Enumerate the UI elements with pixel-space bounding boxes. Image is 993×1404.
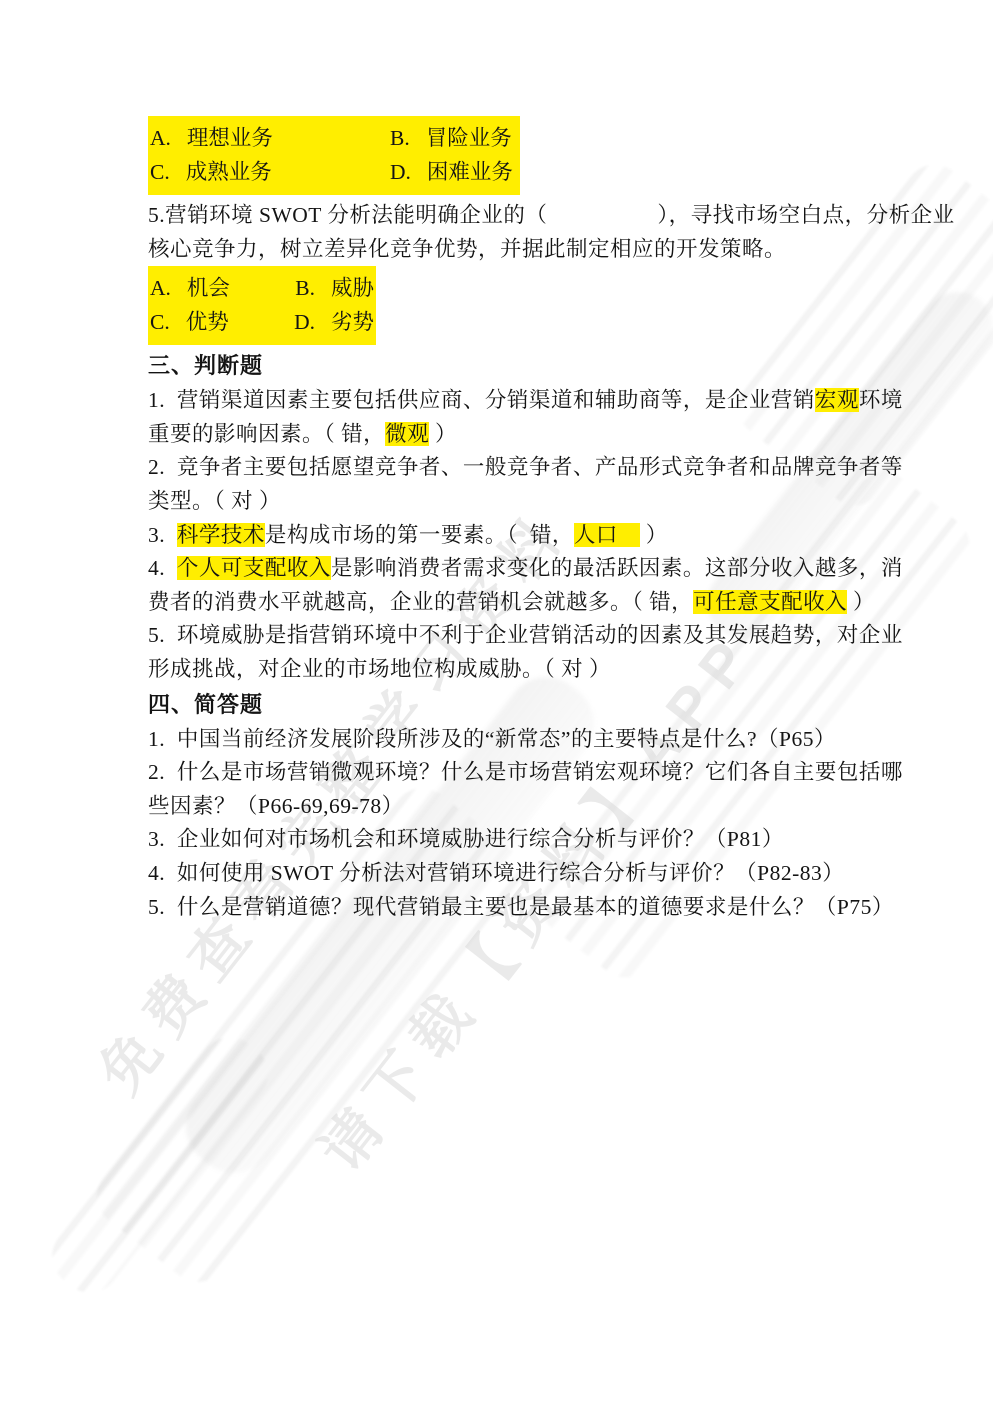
text-line: 些因素？（P66-69,69-78） xyxy=(148,790,864,824)
option-text: 冒险业务 xyxy=(426,126,512,150)
text-line: 4. 如何使用 SWOT 分析法对营销环境进行综合分析与评价？（P82-83） xyxy=(148,857,864,891)
text-line: 1. 营销渠道因素主要包括供应商、分销渠道和辅助商等，是企业营销宏观环境 xyxy=(148,384,864,418)
text-segment: 重要的影响因素。（ 错， xyxy=(148,422,385,446)
text-line: 形成挑战，对企业的市场地位构成威胁。（ 对 ） xyxy=(148,653,864,687)
text-segment: ） xyxy=(847,590,875,614)
text-segment: 类型。（ 对 ） xyxy=(148,489,281,513)
option-row: A.机会B.威胁 xyxy=(150,271,374,305)
option-letter: C. xyxy=(150,155,170,189)
text-line: 3. 科学技术是构成市场的第一要素。（ 错，人口 ） xyxy=(148,519,864,553)
option-cell: B.威胁 xyxy=(295,271,374,305)
option-row: C.优势D.劣势 xyxy=(150,305,374,339)
section-heading: 三、判断题 xyxy=(148,349,864,383)
text-line: 5. 什么是营销道德？现代营销最主要也是最基本的道德要求是什么？（P75） xyxy=(148,891,864,925)
option-text: 优势 xyxy=(186,310,229,334)
text-segment: 1. 中国当前经济发展阶段所涉及的“新常态”的主要特点是什么?（P65） xyxy=(148,727,836,751)
text-segment: 环境 xyxy=(859,388,903,412)
option-cell: D.劣势 xyxy=(294,305,374,339)
text-segment: 形成挑战，对企业的市场地位构成威胁。（ 对 ） xyxy=(148,657,611,681)
option-text: 劣势 xyxy=(331,310,374,334)
option-letter: D. xyxy=(294,305,315,339)
text-segment: 5.营销环境 SWOT 分析法能明确企业的（ ），寻找市场空白点，分析企业 xyxy=(148,203,955,227)
text-segment: 1. 营销渠道因素主要包括供应商、分销渠道和辅助商等，是企业营销 xyxy=(148,388,815,412)
option-cell: C.成熟业务 xyxy=(150,155,390,189)
text-segment: 4. xyxy=(148,556,177,580)
option-text: 机会 xyxy=(187,276,230,300)
answer-options-block: A.机会B.威胁C.优势D.劣势 xyxy=(148,266,376,345)
text-segment: 5. 环境威胁是指营销环境中不利于企业营销活动的因素及其发展趋势，对企业 xyxy=(148,623,903,647)
text-line: 核心竞争力，树立差异化竞争优势，并据此制定相应的开发策略。 xyxy=(148,233,864,267)
text-line: 2. 什么是市场营销微观环境？什么是市场营销宏观环境？它们各自主要包括哪 xyxy=(148,756,864,790)
text-segment: 是构成市场的第一要素。（ 错， xyxy=(265,523,574,547)
text-segment: 4. 如何使用 SWOT 分析法对营销环境进行综合分析与评价？（P82-83） xyxy=(148,861,844,885)
option-letter: C. xyxy=(150,305,170,339)
highlighted-answer: 个人可支配收入 xyxy=(177,556,331,580)
option-text: 困难业务 xyxy=(427,160,513,184)
option-letter: A. xyxy=(150,271,171,305)
text-line: 5.营销环境 SWOT 分析法能明确企业的（ ），寻找市场空白点，分析企业 xyxy=(148,199,864,233)
text-segment: 费者的消费水平就越高，企业的营销机会就越多。（ 错， xyxy=(148,590,693,614)
option-cell: C.优势 xyxy=(150,305,294,339)
text-line: 3. 企业如何对市场机会和环境威胁进行综合分析与评价？（P81） xyxy=(148,823,864,857)
option-row: C.成熟业务D.困难业务 xyxy=(150,155,518,189)
text-segment: 是影响消费者需求变化的最活跃因素。这部分收入越多，消 xyxy=(331,556,903,580)
option-letter: A. xyxy=(150,121,171,155)
document-page: { "page": { "background_color": "#ffffff… xyxy=(0,0,993,1404)
text-segment: 2. 竞争者主要包括愿望竞争者、一般竞争者、产品形式竞争者和品牌竞争者等 xyxy=(148,455,903,479)
answer-options-block: A.理想业务B.冒险业务C.成熟业务D.困难业务 xyxy=(148,116,520,195)
option-text: 理想业务 xyxy=(187,126,273,150)
text-line: 重要的影响因素。（ 错，微观 ） xyxy=(148,418,864,452)
text-line: 费者的消费水平就越高，企业的营销机会就越多。（ 错，可任意支配收入 ） xyxy=(148,586,864,620)
text-segment: ） xyxy=(429,422,457,446)
text-segment: 3. xyxy=(148,523,177,547)
text-segment: 2. 什么是市场营销微观环境？什么是市场营销宏观环境？它们各自主要包括哪 xyxy=(148,760,903,784)
watermark-streaks xyxy=(40,1025,280,1304)
highlighted-answer: 宏观 xyxy=(815,388,859,412)
text-segment: 5. 什么是营销道德？现代营销最主要也是最基本的道德要求是什么？（P75） xyxy=(148,895,894,919)
highlighted-answer: 人口 xyxy=(574,523,640,547)
highlighted-answer: 科学技术 xyxy=(177,523,265,547)
highlighted-answer: 微观 xyxy=(385,422,429,446)
option-cell: D.困难业务 xyxy=(390,155,513,189)
text-segment: 些因素？（P66-69,69-78） xyxy=(148,794,404,818)
text-line: 1. 中国当前经济发展阶段所涉及的“新常态”的主要特点是什么?（P65） xyxy=(148,723,864,757)
text-segment: 3. 企业如何对市场机会和环境威胁进行综合分析与评价？（P81） xyxy=(148,827,784,851)
text-line: 类型。（ 对 ） xyxy=(148,485,864,519)
text-line: 2. 竞争者主要包括愿望竞争者、一般竞争者、产品形式竞争者和品牌竞争者等 xyxy=(148,451,864,485)
text-line: 4. 个人可支配收入是影响消费者需求变化的最活跃因素。这部分收入越多，消 xyxy=(148,552,864,586)
option-letter: D. xyxy=(390,155,411,189)
option-cell: A.机会 xyxy=(150,271,295,305)
document-content: A.理想业务B.冒险业务C.成熟业务D.困难业务5.营销环境 SWOT 分析法能… xyxy=(148,116,864,924)
text-segment: 核心竞争力，树立差异化竞争优势，并据此制定相应的开发策略。 xyxy=(148,237,786,261)
option-letter: B. xyxy=(390,121,410,155)
option-letter: B. xyxy=(295,271,315,305)
section-heading: 四、简答题 xyxy=(148,688,864,722)
option-cell: B.冒险业务 xyxy=(390,121,512,155)
option-text: 成熟业务 xyxy=(186,160,272,184)
text-segment: ） xyxy=(640,523,668,547)
option-cell: A.理想业务 xyxy=(150,121,390,155)
text-line: 5. 环境威胁是指营销环境中不利于企业营销活动的因素及其发展趋势，对企业 xyxy=(148,619,864,653)
highlighted-answer: 可任意支配收入 xyxy=(693,590,847,614)
option-text: 威胁 xyxy=(331,276,374,300)
option-row: A.理想业务B.冒险业务 xyxy=(150,121,518,155)
